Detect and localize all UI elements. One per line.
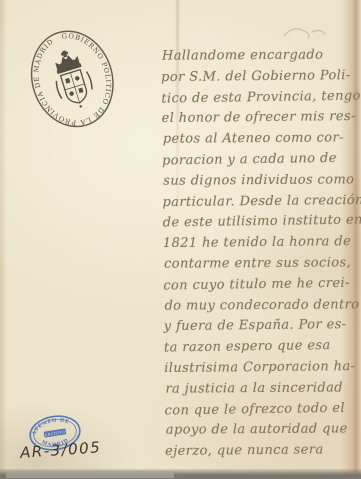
- stamp-center-text: ARCHIVO: [43, 430, 65, 437]
- manuscript-line: ta razon espero que esa: [164, 336, 360, 360]
- crown-icon: [52, 48, 81, 74]
- manuscript-line: 1821 he tenido la honra de: [163, 232, 359, 255]
- manuscript-line: contarme entre sus socios,: [164, 253, 360, 275]
- manuscript-line: particular. Desde la creación: [162, 191, 358, 214]
- scan-bottom-edge-highlight: [6, 471, 174, 478]
- manuscript-line: poracion y a cada uno de: [162, 149, 358, 173]
- manuscript-line: apoyo de la autoridad que: [166, 420, 361, 442]
- manuscript-line: con que le ofrezco todo el: [164, 398, 360, 422]
- manuscript-line: tico de esta Provincia, tengo: [161, 86, 357, 110]
- manuscript-line: de este utilisimo instituto en: [163, 211, 359, 235]
- manuscript-line: y fuera de España. Por es-: [164, 315, 360, 338]
- manuscript-line: do muy condecorado dentro: [164, 295, 360, 317]
- scan-bottom-edge: [0, 469, 361, 479]
- manuscript-line: con cuyo titulo me he crei-: [163, 273, 359, 297]
- manuscript-line: por S.M. del Gobierno Poli-: [161, 66, 357, 89]
- manuscript-line: el honor de ofrecer mis res-: [161, 107, 357, 130]
- manuscript-line: ra justicia a la sinceridad: [165, 378, 361, 400]
- manuscript-line: ejerzo, que nunca sera: [165, 440, 361, 463]
- manuscript-text: Hallandome encargado por S.M. del Gobier…: [161, 45, 361, 463]
- manuscript-line: Hallandome encargado: [162, 45, 358, 67]
- provincial-government-seal-icon: GOBIERNO POLITICO DE LA PROVINCIA DE MAD…: [11, 14, 133, 142]
- manuscript-line: sus dignos individuos como: [163, 170, 359, 192]
- coat-of-arms-icon: [54, 68, 98, 113]
- pencil-mark: [278, 22, 330, 48]
- document-scan: GOBIERNO POLITICO DE LA PROVINCIA DE MAD…: [0, 0, 361, 479]
- manuscript-line: ilustrisima Corporacion ha-: [164, 357, 360, 380]
- manuscript-line: petos al Ateneo como cor-: [163, 128, 359, 150]
